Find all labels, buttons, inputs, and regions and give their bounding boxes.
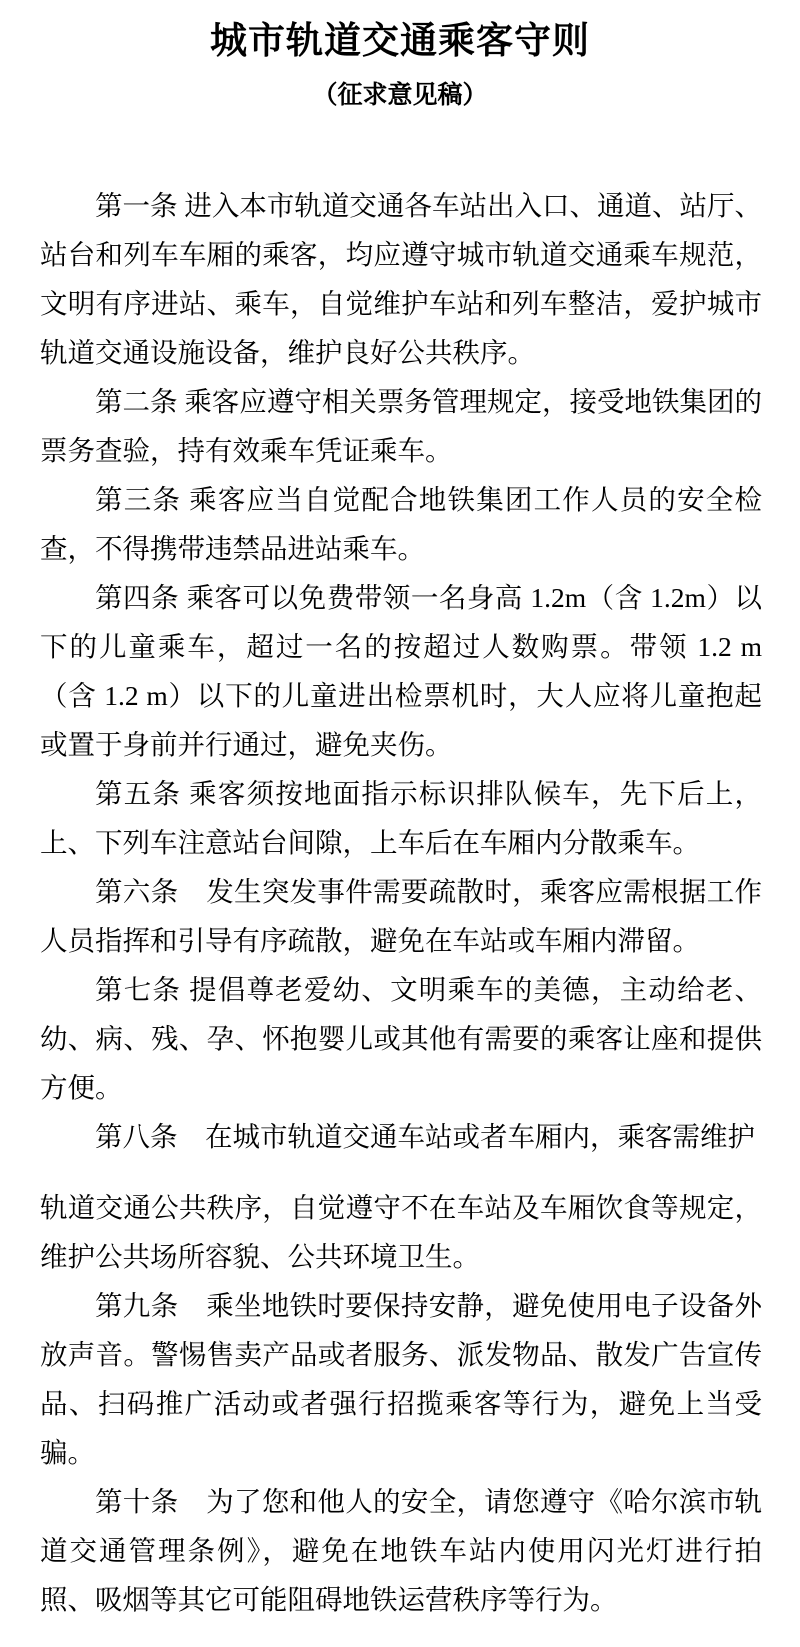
article-paragraph: 第九条 乘坐地铁时要保持安静，避免使用电子设备外放声音。警惕售卖产品或者服务、派… xyxy=(40,1281,762,1477)
article-paragraph: 第二条 乘客应遵守相关票务管理规定，接受地铁集团的票务查验，持有效乘车凭证乘车。 xyxy=(40,377,762,475)
article-paragraph: 第八条 在城市轨道交通车站或者车厢内，乘客需维护 xyxy=(40,1112,762,1161)
article-paragraph: 第五条 乘客须按地面指示标识排队候车，先下后上，上、下列车注意站台间隙，上车后在… xyxy=(40,769,762,867)
document-body: 第一条 进入本市轨道交通各车站出入口、通道、站厅、站台和列车车厢的乘客，均应遵守… xyxy=(40,181,762,1624)
article-paragraph: 第十条 为了您和他人的安全，请您遵守《哈尔滨市轨道交通管理条例》，避免在地铁车站… xyxy=(40,1477,762,1624)
document-page: 城市轨道交通乘客守则 （征求意见稿） 第一条 进入本市轨道交通各车站出入口、通道… xyxy=(0,0,800,1647)
article-paragraph: 第六条 发生突发事件需要疏散时，乘客应需根据工作人员指挥和引导有序疏散，避免在车… xyxy=(40,867,762,965)
article-paragraph: 第一条 进入本市轨道交通各车站出入口、通道、站厅、站台和列车车厢的乘客，均应遵守… xyxy=(40,181,762,377)
article-paragraph: 轨道交通公共秩序，自觉遵守不在车站及车厢饮食等规定，维护公共场所容貌、公共环境卫… xyxy=(40,1183,762,1281)
article-paragraph: 第三条 乘客应当自觉配合地铁集团工作人员的安全检查，不得携带违禁品进站乘车。 xyxy=(40,475,762,573)
article-paragraph: 第七条 提倡尊老爱幼、文明乘车的美德，主动给老、幼、病、残、孕、怀抱婴儿或其他有… xyxy=(40,965,762,1112)
document-title: 城市轨道交通乘客守则 xyxy=(0,0,800,64)
article-paragraph: 第四条 乘客可以免费带领一名身高 1.2m（含 1.2m）以下的儿童乘车，超过一… xyxy=(40,573,762,769)
document-subtitle: （征求意见稿） xyxy=(0,81,800,110)
